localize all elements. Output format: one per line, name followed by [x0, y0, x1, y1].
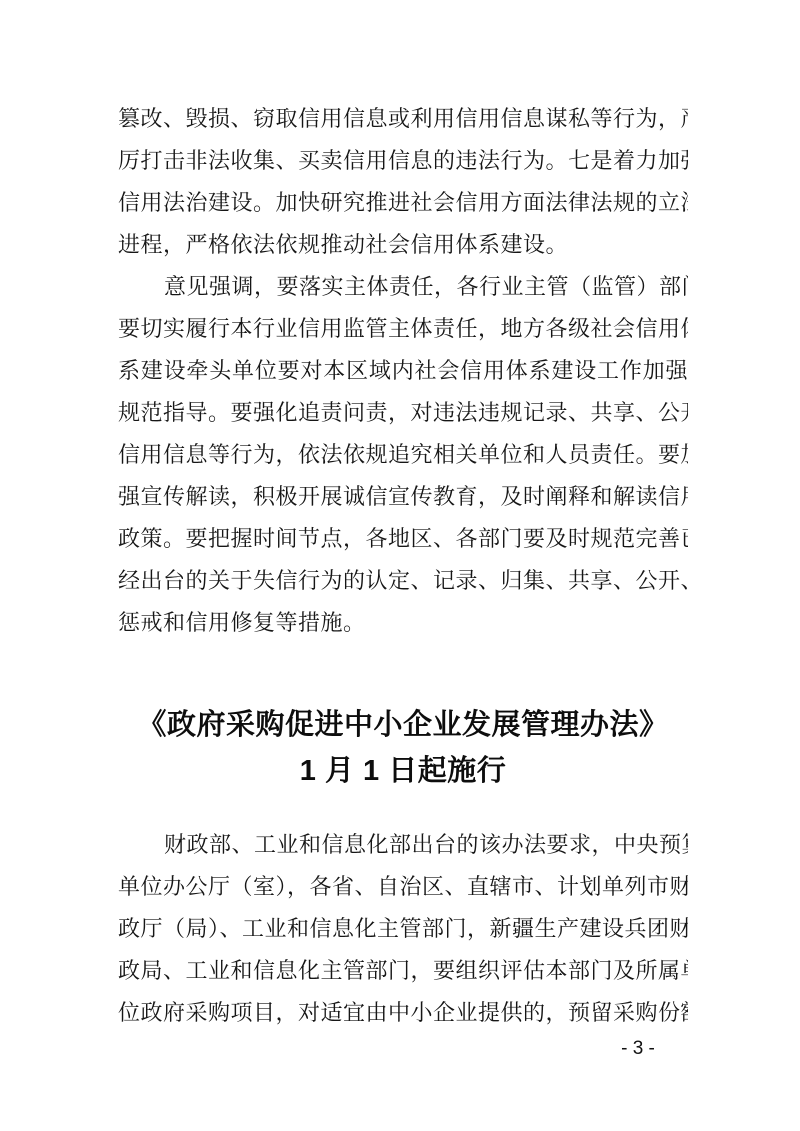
text-line: 进程，严格依法依规推动社会信用体系建设。	[118, 224, 688, 266]
paragraph-continuation: 篡改、毁损、窃取信用信息或利用信用信息谋私等行为，严 厉打击非法收集、买卖信用信…	[118, 98, 688, 266]
text-line: 政厅（局）、工业和信息化主管部门，新疆生产建设兵团财	[118, 908, 688, 950]
text-line: 要切实履行本行业信用监管主体责任，地方各级社会信用体	[118, 308, 688, 350]
section-heading: 《政府采购促进中小企业发展管理办法》 1 月 1 日起施行	[118, 702, 688, 794]
text-line: 系建设牵头单位要对本区域内社会信用体系建设工作加强	[118, 350, 688, 392]
text-line: 强宣传解读，积极开展诚信宣传教育，及时阐释和解读信用	[118, 476, 688, 518]
text-line: 信用法治建设。加快研究推进社会信用方面法律法规的立法	[118, 182, 688, 224]
text-line: 位政府采购项目，对适宜由中小企业提供的，预留采购份额	[118, 992, 688, 1034]
paragraph-procurement: 财政部、工业和信息化部出台的该办法要求，中央预算 单位办公厅（室），各省、自治区…	[118, 824, 688, 1034]
section-heading-line2: 1 月 1 日起施行	[118, 748, 688, 794]
text-line: 意见强调，要落实主体责任，各行业主管（监管）部门	[118, 266, 688, 308]
text-line: 政策。要把握时间节点，各地区、各部门要及时规范完善已	[118, 518, 688, 560]
document-body: 篡改、毁损、窃取信用信息或利用信用信息谋私等行为，严 厉打击非法收集、买卖信用信…	[118, 98, 688, 1034]
paragraph-opinions: 意见强调，要落实主体责任，各行业主管（监管）部门 要切实履行本行业信用监管主体责…	[118, 266, 688, 644]
document-page: 篡改、毁损、窃取信用信息或利用信用信息谋私等行为，严 厉打击非法收集、买卖信用信…	[0, 0, 800, 1131]
text-line: 政局、工业和信息化主管部门，要组织评估本部门及所属单	[118, 950, 688, 992]
text-line: 财政部、工业和信息化部出台的该办法要求，中央预算	[118, 824, 688, 866]
text-line: 经出台的关于失信行为的认定、记录、归集、共享、公开、	[118, 560, 688, 602]
text-line: 规范指导。要强化追责问责，对违法违规记录、共享、公开	[118, 392, 688, 434]
section-heading-line1: 《政府采购促进中小企业发展管理办法》	[118, 702, 688, 748]
text-line: 厉打击非法收集、买卖信用信息的违法行为。七是着力加强	[118, 140, 688, 182]
text-line: 篡改、毁损、窃取信用信息或利用信用信息谋私等行为，严	[118, 98, 688, 140]
page-number: - 3 -	[610, 1036, 666, 1062]
text-line: 单位办公厅（室），各省、自治区、直辖市、计划单列市财	[118, 866, 688, 908]
text-line: 信用信息等行为，依法依规追究相关单位和人员责任。要加	[118, 434, 688, 476]
text-line: 惩戒和信用修复等措施。	[118, 602, 688, 644]
